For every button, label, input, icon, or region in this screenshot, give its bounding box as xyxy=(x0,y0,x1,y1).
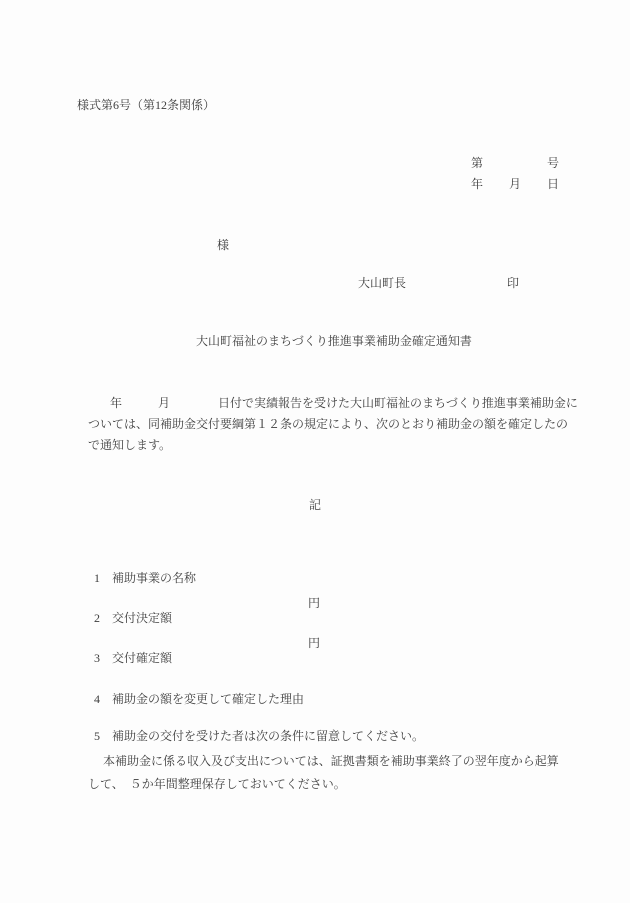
item-number: 1 xyxy=(94,571,112,586)
doc-number-prefix: 第 xyxy=(471,156,483,171)
subsidy-item-1: 1補助事業の名称 xyxy=(82,556,196,601)
doc-number-line: 第 号 xyxy=(471,156,559,171)
item-label: 補助金の額を変更して確定した理由 xyxy=(112,692,304,706)
item-number: 4 xyxy=(94,692,112,707)
seal-mark: 印 xyxy=(507,276,519,291)
note-line-1: 本補助金に係る収入及び支出については、証拠書類を補助事業終了の翌年度から起算 xyxy=(103,754,559,769)
unit-yen: 円 xyxy=(308,596,320,611)
recipient-honorific: 様 xyxy=(217,238,229,253)
section-marker-ki: 記 xyxy=(0,498,630,513)
item-label: 補助事業の名称 xyxy=(112,571,196,585)
note-line-2: して、 ５か年間整理保存しておいてください。 xyxy=(88,777,346,792)
item-number: 2 xyxy=(94,611,112,626)
issuer-name: 大山町長 xyxy=(358,276,406,291)
date-month-label: 月 xyxy=(509,177,521,192)
doc-number-suffix: 号 xyxy=(547,156,559,171)
body-paragraph-line-3: で通知します。 xyxy=(88,438,171,453)
date-day-label: 日 xyxy=(547,177,559,192)
body-paragraph-line-1: 年 月 日付で実績報告を受けた大山町福祉のまちづくり推進事業補助金に xyxy=(110,396,578,411)
form-number: 様式第6号（第12条関係） xyxy=(77,98,215,113)
item-number: 3 xyxy=(94,651,112,666)
body-paragraph-line-2: ついては、同補助金交付要綱第１２条の規定により、次のとおり補助金の額を確定したの xyxy=(88,417,568,432)
item-number: 5 xyxy=(94,729,112,744)
subsidy-item-5: 5補助金の交付を受けた者は次の条件に留意してください。 xyxy=(82,714,424,759)
item-label: 補助金の交付を受けた者は次の条件に留意してください。 xyxy=(112,729,424,743)
unit-yen: 円 xyxy=(308,636,320,651)
date-line: 年 月 日 xyxy=(471,177,559,192)
item-label: 交付決定額 xyxy=(112,611,172,625)
document-title: 大山町福祉のまちづくり推進事業補助金確定通知書 xyxy=(196,334,472,349)
date-year-label: 年 xyxy=(471,177,483,192)
item-label: 交付確定額 xyxy=(112,651,172,665)
document-page: 様式第6号（第12条関係） 第 号 年 月 日 様 大山町長 印 大山町福祉のま… xyxy=(0,0,630,903)
